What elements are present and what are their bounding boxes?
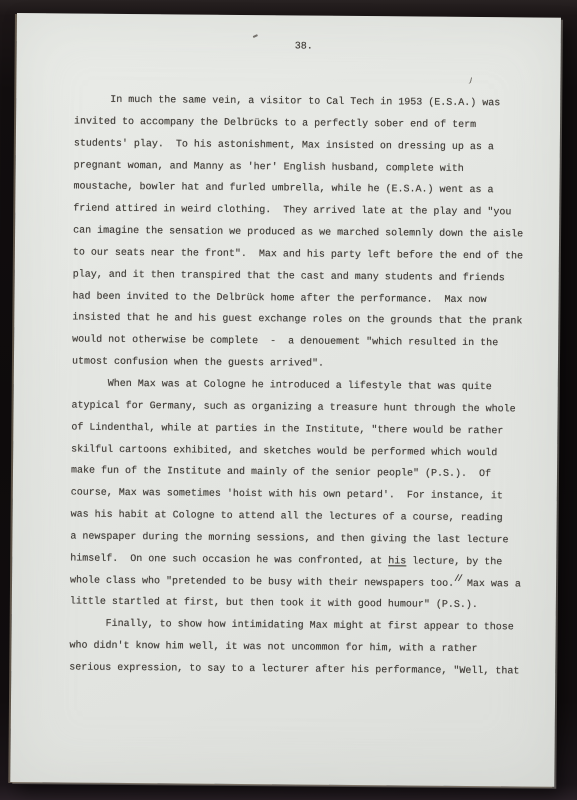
text-segment: would not otherwise be complete - a deno… [72,335,498,350]
text-segment: pregnant woman, and Manny as 'her' Engli… [74,160,464,174]
text-segment: insisted that he and his guest exchange … [72,313,522,328]
scan-artifact-mark [253,34,258,38]
text-segment: was his habit at Cologne to attend all t… [71,510,503,525]
handwritten-quote-mark: // [454,573,461,583]
text-segment: play, and it then transpired that the ca… [73,269,505,284]
text-segment: had been invited to the Delbrück home af… [72,291,486,306]
text-segment: course, Max was sometimes 'hoist with hi… [71,488,503,503]
text-segment: In much the same vein, a visitor to Cal … [74,95,500,110]
scanned-page: 38. In much the same vein, a visitor to … [10,13,561,787]
text-segment: atypical for Germany, such as organizing… [72,400,516,415]
text-segment: to our seats near the front". Max and hi… [73,247,523,262]
text-segment: little startled at first, but then took … [70,597,478,612]
text-line: serious expression, to say to a lecturer… [69,657,529,683]
text-segment: who didn't know him well, it was not unc… [69,641,477,656]
text-segment: himself. On one such occasion he was con… [70,553,388,567]
text-segment: Max was a [461,578,521,590]
text-segment: students' play. To his astonishment, Max… [74,138,494,153]
text-segment: invited to accompany the Delbrücks to a … [74,116,476,131]
text-segment: friend attired in weird clothing. They a… [73,204,511,219]
text-segment: can imagine the sensation we produced as… [73,226,523,241]
text-segment: make fun of the Institute and mainly of … [71,466,491,481]
text-segment: a newspaper during the morning sessions,… [70,531,508,546]
scan-artifact-mark [467,77,472,85]
text-segment: lecture, by the [406,556,502,568]
text-segment: moustache, bowler hat and furled umbrell… [73,182,493,197]
text-segment: utmost confusion when the guests arrived… [72,357,324,370]
text-segment: skilful cartoons exhibited, and sketches… [71,444,497,459]
text-segment: Finally, to show how intimidating Max mi… [70,619,514,634]
underlined-text: his [388,556,406,567]
text-block: In much the same vein, a visitor to Cal … [69,90,534,684]
text-segment: serious expression, to say to a lecturer… [69,662,519,677]
text-segment: of Lindenthal, while at parties in the I… [71,422,503,437]
text-segment: When Max was at Cologne he introduced a … [72,378,492,393]
page-number: 38. [295,40,313,54]
text-segment: whole class who "pretended to be busy wi… [70,575,454,589]
